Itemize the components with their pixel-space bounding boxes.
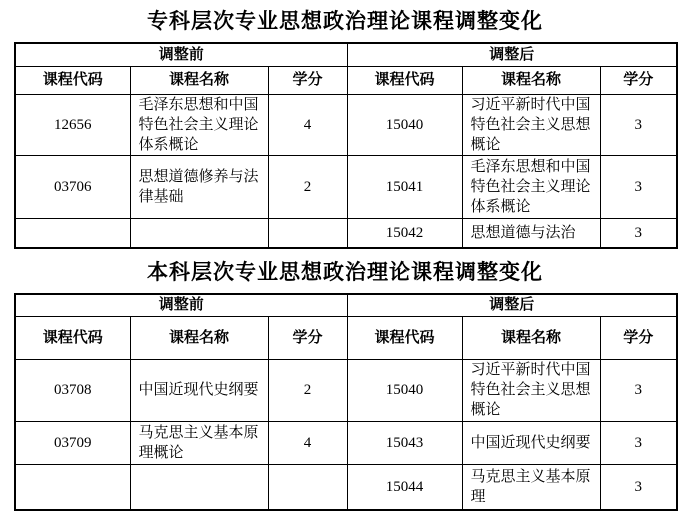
course-name-header: 课程名称 [130,316,268,359]
course-code-cell: 03706 [15,155,130,218]
table-row: 15044马克思主义基本原理3 [15,464,677,510]
benke-course-table: 调整前 调整后 课程代码 课程名称 学分 课程代码 课程名称 学分 03708中… [14,293,678,511]
course-name-cell: 思想道德修养与法律基础 [130,155,268,218]
after-adjustment-header: 调整后 [347,294,677,316]
course-code-cell: 03708 [15,359,130,421]
group-header-row: 调整前 调整后 [15,43,677,66]
course-name-cell: 思想道德与法治 [462,218,600,248]
group-header-row: 调整前 调整后 [15,294,677,316]
table-row: 12656毛泽东思想和中国特色社会主义理论体系概论415040习近平新时代中国特… [15,94,677,155]
course-name-cell: 习近平新时代中国特色社会主义思想概论 [462,94,600,155]
course-code-header: 课程代码 [347,66,462,94]
course-code-cell [15,218,130,248]
credit-cell: 3 [600,359,677,421]
credit-cell: 3 [600,218,677,248]
course-name-cell [130,464,268,510]
course-name-header: 课程名称 [462,66,600,94]
document: 专科层次专业思想政治理论课程调整变化 调整前 调整后 课程代码 课程名称 学分 … [0,9,690,511]
credit-cell: 3 [600,421,677,464]
course-code-cell: 12656 [15,94,130,155]
course-code-cell: 15042 [347,218,462,248]
course-code-cell: 15043 [347,421,462,464]
course-name-cell: 毛泽东思想和中国特色社会主义理论体系概论 [130,94,268,155]
credit-header: 学分 [268,316,347,359]
credit-cell: 3 [600,155,677,218]
course-name-cell: 马克思主义基本原理概论 [130,421,268,464]
course-name-cell: 马克思主义基本原理 [462,464,600,510]
zhuanke-table-title: 专科层次专业思想政治理论课程调整变化 [0,9,690,33]
column-header-row: 课程代码 课程名称 学分 课程代码 课程名称 学分 [15,66,677,94]
course-name-cell: 习近平新时代中国特色社会主义思想概论 [462,359,600,421]
before-adjustment-header: 调整前 [15,43,347,66]
zhuanke-course-table: 调整前 调整后 课程代码 课程名称 学分 课程代码 课程名称 学分 12656毛… [14,42,678,249]
course-code-header: 课程代码 [15,66,130,94]
credit-header: 学分 [268,66,347,94]
course-name-header: 课程名称 [462,316,600,359]
before-adjustment-header: 调整前 [15,294,347,316]
credit-cell: 3 [600,464,677,510]
credit-cell: 2 [268,155,347,218]
table-row: 03706思想道德修养与法律基础215041毛泽东思想和中国特色社会主义理论体系… [15,155,677,218]
course-code-cell: 15041 [347,155,462,218]
credit-cell [268,218,347,248]
table-row: 03708中国近现代史纲要215040习近平新时代中国特色社会主义思想概论3 [15,359,677,421]
credit-cell: 4 [268,94,347,155]
course-name-cell: 中国近现代史纲要 [130,359,268,421]
course-code-cell: 15040 [347,94,462,155]
course-code-header: 课程代码 [15,316,130,359]
course-name-header: 课程名称 [130,66,268,94]
credit-cell [268,464,347,510]
column-header-row: 课程代码 课程名称 学分 课程代码 课程名称 学分 [15,316,677,359]
after-adjustment-header: 调整后 [347,43,677,66]
course-name-cell: 毛泽东思想和中国特色社会主义理论体系概论 [462,155,600,218]
course-code-cell: 15040 [347,359,462,421]
course-code-header: 课程代码 [347,316,462,359]
table-row: 03709马克思主义基本原理概论415043中国近现代史纲要3 [15,421,677,464]
course-code-cell: 15044 [347,464,462,510]
credit-header: 学分 [600,316,677,359]
credit-cell: 2 [268,359,347,421]
credit-header: 学分 [600,66,677,94]
course-name-cell: 中国近现代史纲要 [462,421,600,464]
course-code-cell [15,464,130,510]
credit-cell: 4 [268,421,347,464]
table-row: 15042思想道德与法治3 [15,218,677,248]
credit-cell: 3 [600,94,677,155]
course-name-cell [130,218,268,248]
benke-table-title: 本科层次专业思想政治理论课程调整变化 [0,260,690,284]
course-code-cell: 03709 [15,421,130,464]
